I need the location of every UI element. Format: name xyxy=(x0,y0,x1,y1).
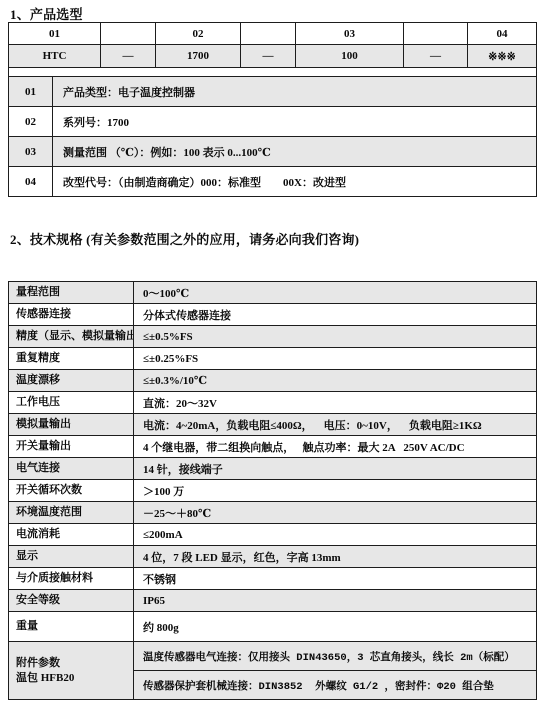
spec-value-cell: －25～＋80℃ xyxy=(134,502,536,523)
code-value-cell: 1700 xyxy=(156,45,241,67)
spec-value-cell: ≤±0.3%/10℃ xyxy=(134,370,536,391)
spec-label-cell: 重复精度 xyxy=(9,348,134,369)
code-header-cell xyxy=(404,23,468,44)
spec-label-line: 重复精度 xyxy=(16,351,133,366)
spec-value-cell: ≤200mA xyxy=(134,524,536,545)
spec-label-cell: 开关循环次数 xyxy=(9,480,134,501)
spec-value-cell: 传感器保护套机械连接：DIN3852 外螺纹 G1/2 ，密封件：Φ20 组合垫 xyxy=(134,670,536,699)
technical-spec-table: 量程范围0～100℃传感器连接分体式传感器连接精度（显示、模拟量输出）≤±0.5… xyxy=(8,281,537,700)
code-value-cell: 100 xyxy=(296,45,404,67)
spec-row: 温度漂移≤±0.3%/10℃ xyxy=(9,369,536,391)
document-page: 1、产品选型 01020304 HTC—1700—100—※※※ 01产品类型：… xyxy=(0,0,543,701)
spec-row: 电气连接14 针，接线端子 xyxy=(9,457,536,479)
spec-label-line: 工作电压 xyxy=(16,395,133,410)
spec-row: 附件参数温包 HFB20温度传感器电气连接：仅用接头 DIN43650，3 芯直… xyxy=(9,641,536,699)
product-code-row: 03测量范围 （℃）：例如：100 表示 0...100℃ xyxy=(9,136,536,166)
product-code-row: 01产品类型：电子温度控制器 xyxy=(9,77,536,106)
spec-label-line: 显示 xyxy=(16,549,133,564)
spec-value-cell: ＞100 万 xyxy=(134,480,536,501)
code-header-cell: 01 xyxy=(9,23,101,44)
description-cell: 产品类型：电子温度控制器 xyxy=(53,77,536,106)
code-header-cell xyxy=(101,23,156,44)
item-rows: 01产品类型：电子温度控制器02系列号：170003测量范围 （℃）：例如：10… xyxy=(9,77,536,196)
spec-label-cell: 开关量输出 xyxy=(9,436,134,457)
product-code-table: 01020304 HTC—1700—100—※※※ 01产品类型：电子温度控制器… xyxy=(8,22,537,197)
spec-value-cell: 温度传感器电气连接：仅用接头 DIN43650，3 芯直角接头，线长 2m（标配… xyxy=(134,642,536,670)
spec-label-line: 与介质接触材料 xyxy=(16,571,133,586)
spec-value-cell: 不锈钢 xyxy=(134,568,536,589)
section2-heading: 2、技术规格 (有关参数范围之外的应用，请务必向我们咨询) xyxy=(10,229,359,248)
spec-value-cell: 14 针，接线端子 xyxy=(134,458,536,479)
description-cell: 系列号：1700 xyxy=(53,107,536,136)
product-code-row: 02系列号：1700 xyxy=(9,106,536,136)
spec-row: 显示4 位，7 段 LED 显示，红色，字高 13mm xyxy=(9,545,536,567)
spec-row: 环境温度范围－25～＋80℃ xyxy=(9,501,536,523)
spec-row: 工作电压直流：20～32V xyxy=(9,391,536,413)
section1-heading: 1、产品选型 xyxy=(10,4,83,23)
spec-label-cell: 环境温度范围 xyxy=(9,502,134,523)
code-cell: 03 xyxy=(9,137,53,166)
spec-row: 量程范围0～100℃ xyxy=(9,282,536,303)
spec-value-cell: 0～100℃ xyxy=(134,282,536,303)
spec-label-cell: 量程范围 xyxy=(9,282,134,303)
spec-label-cell: 模拟量输出 xyxy=(9,414,134,435)
spec-label-line: 安全等级 xyxy=(16,593,133,608)
product-code-row: 04改型代号：（由制造商确定）000：标准型 00X：改进型 xyxy=(9,166,536,196)
spec-label-line: 温度漂移 xyxy=(16,373,133,388)
code-value-row: HTC—1700—100—※※※ xyxy=(9,44,536,67)
spec-label-line: 开关循环次数 xyxy=(16,483,133,498)
spec-label-line: 精度（显示、模拟量输出） xyxy=(16,329,133,344)
spec-row: 传感器连接分体式传感器连接 xyxy=(9,303,536,325)
spec-value-cell: 分体式传感器连接 xyxy=(134,304,536,325)
code-cell: 04 xyxy=(9,167,53,196)
code-value-cell: — xyxy=(404,45,468,67)
spec-value-cell: 电流：4~20mA，负载电阻≤400Ω， 电压：0~10V， 负载电阻≥1KΩ xyxy=(134,414,536,435)
spec-row: 电流消耗≤200mA xyxy=(9,523,536,545)
spec-value-cell: ≤±0.25%FS xyxy=(134,348,536,369)
code-value-cell: ※※※ xyxy=(468,45,536,67)
code-value-cell: HTC xyxy=(9,45,101,67)
spec-value-cell: IP65 xyxy=(134,590,536,611)
spec-value-cell: 4 位，7 段 LED 显示，红色，字高 13mm xyxy=(134,546,536,567)
spec-label-cell: 附件参数温包 HFB20 xyxy=(9,642,134,699)
spec-label-cell: 传感器连接 xyxy=(9,304,134,325)
spec-label-line: 传感器连接 xyxy=(16,307,133,322)
spec-rows: 量程范围0～100℃传感器连接分体式传感器连接精度（显示、模拟量输出）≤±0.5… xyxy=(9,282,536,699)
spec-row: 重量约 800g xyxy=(9,611,536,641)
spec-label-line: 重量 xyxy=(16,619,133,634)
spec-row: 安全等级IP65 xyxy=(9,589,536,611)
spec-label-cell: 安全等级 xyxy=(9,590,134,611)
spec-label-line: 电流消耗 xyxy=(16,527,133,542)
spec-label-line: 开关量输出 xyxy=(16,439,133,454)
spec-label-cell: 显示 xyxy=(9,546,134,567)
code-header-cell: 02 xyxy=(156,23,241,44)
spec-value-stack: 温度传感器电气连接：仅用接头 DIN43650，3 芯直角接头，线长 2m（标配… xyxy=(134,642,536,699)
spec-label-line: 附件参数 xyxy=(16,656,133,671)
spec-label-cell: 与介质接触材料 xyxy=(9,568,134,589)
spec-label-cell: 精度（显示、模拟量输出） xyxy=(9,326,134,347)
spec-value-cell: 约 800g xyxy=(134,612,536,641)
description-cell: 改型代号：（由制造商确定）000：标准型 00X：改进型 xyxy=(53,167,536,196)
spec-row: 与介质接触材料不锈钢 xyxy=(9,567,536,589)
spec-label-cell: 电流消耗 xyxy=(9,524,134,545)
spec-label-cell: 温度漂移 xyxy=(9,370,134,391)
spec-label-cell: 重量 xyxy=(9,612,134,641)
spec-label-line: 模拟量输出 xyxy=(16,417,133,432)
spec-label-line: 量程范围 xyxy=(16,285,133,300)
spec-row: 开关循环次数＞100 万 xyxy=(9,479,536,501)
spec-label-line: 环境温度范围 xyxy=(16,505,133,520)
spec-row: 模拟量输出电流：4~20mA，负载电阻≤400Ω， 电压：0~10V， 负载电阻… xyxy=(9,413,536,435)
spec-label-line: 温包 HFB20 xyxy=(16,671,133,686)
code-header-cell: 04 xyxy=(468,23,536,44)
spec-value-cell: 4 个继电器，带二组换向触点， 触点功率：最大 2A 250V AC/DC xyxy=(134,436,536,457)
spec-label-cell: 电气连接 xyxy=(9,458,134,479)
spec-row: 开关量输出4 个继电器，带二组换向触点， 触点功率：最大 2A 250V AC/… xyxy=(9,435,536,457)
code-header-cell: 03 xyxy=(296,23,404,44)
code-header-row: 01020304 xyxy=(9,23,536,44)
spec-value-cell: ≤±0.5%FS xyxy=(134,326,536,347)
code-value-cell: — xyxy=(241,45,296,67)
spec-row: 精度（显示、模拟量输出）≤±0.5%FS xyxy=(9,325,536,347)
spec-value-cell: 直流：20～32V xyxy=(134,392,536,413)
spacer-row xyxy=(9,67,536,77)
code-header-cell xyxy=(241,23,296,44)
code-value-cell: — xyxy=(101,45,156,67)
spec-row: 重复精度≤±0.25%FS xyxy=(9,347,536,369)
spec-label-cell: 工作电压 xyxy=(9,392,134,413)
spec-label-line: 电气连接 xyxy=(16,461,133,476)
code-cell: 01 xyxy=(9,77,53,106)
code-cell: 02 xyxy=(9,107,53,136)
description-cell: 测量范围 （℃）：例如：100 表示 0...100℃ xyxy=(53,137,536,166)
